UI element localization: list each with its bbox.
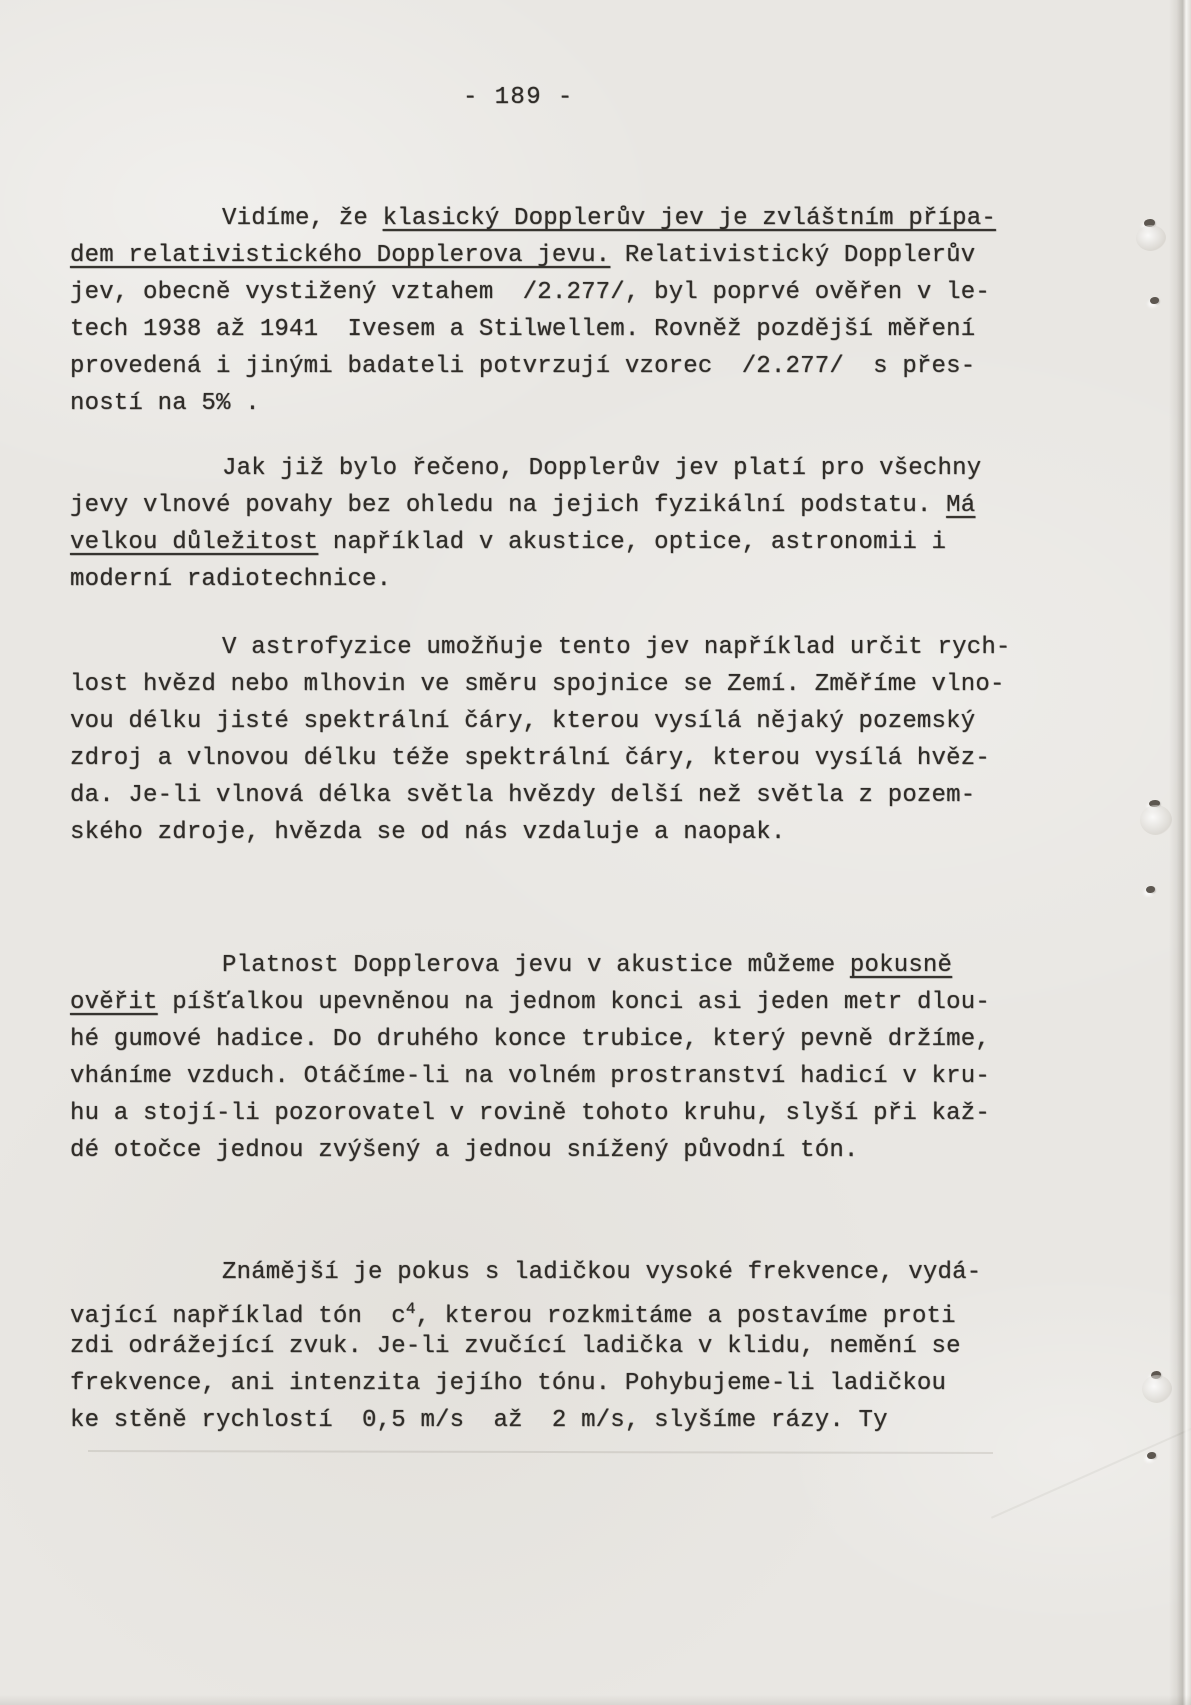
- text-line: zdi odrážející zvuk. Je-li zvučící ladič…: [70, 1328, 1010, 1365]
- text-line: velkou důležitost například v akustice, …: [70, 524, 1010, 561]
- underlined-text: Má: [946, 492, 975, 519]
- text-line: jev, obecně vystižený vztahem /2.277/, b…: [70, 274, 1010, 311]
- text-line: dé otočce jednou zvýšený a jednou snížen…: [70, 1132, 1010, 1169]
- underlined-text: pokusně: [850, 952, 952, 979]
- text-line: ností na 5% .: [70, 385, 1010, 422]
- text-segment: Relativistický Dopplerův: [610, 242, 975, 269]
- text-line: lost hvězd nebo mlhovin ve směru spojnic…: [70, 666, 1010, 703]
- ink-speck: [1147, 1452, 1156, 1459]
- underlined-text: klasický Dopplerův jev je zvláštním příp…: [383, 205, 996, 232]
- text-segment: například v akustice, optice, astronomii…: [318, 529, 946, 556]
- underlined-text: velkou důležitost: [70, 529, 318, 556]
- document-body: Vidíme, že klasický Dopplerův jev je zvl…: [70, 200, 1010, 1439]
- text-segment: ského zdroje, hvězda se od nás vzdaluje …: [70, 819, 786, 846]
- paragraph-1: Vidíme, že klasický Dopplerův jev je zvl…: [70, 200, 1010, 422]
- text-line: zdroj a vlnovou délku téže spektrální čá…: [70, 740, 1010, 777]
- text-segment: píšťalkou upevněnou na jednom konci asi …: [158, 989, 990, 1016]
- text-segment: ke stěně rychlostí 0,5 m/s až 2 m/s, sly…: [70, 1407, 888, 1434]
- text-segment: ností na 5% .: [70, 390, 260, 417]
- text-line: dem relativistického Dopplerova jevu. Re…: [70, 237, 1010, 274]
- text-segment: vající například tón c: [70, 1303, 406, 1330]
- paragraph-3: V astrofyzice umožňuje tento jev napříkl…: [70, 629, 1010, 851]
- text-line: jevy vlnové povahy bez ohledu na jejich …: [70, 487, 1010, 524]
- text-segment: vháníme vzduch. Otáčíme-li na volném pro…: [70, 1063, 990, 1090]
- text-segment: vou délku jisté spektrální čáry, kterou …: [70, 708, 975, 735]
- paper-dent: [1142, 1375, 1172, 1403]
- text-segment: Jak již bylo řečeno, Dopplerův jev platí…: [222, 455, 981, 482]
- text-segment: zdroj a vlnovou délku téže spektrální čá…: [70, 745, 990, 772]
- text-segment: provedená i jinými badateli potvrzují vz…: [70, 353, 975, 380]
- text-line: hu a stojí-li pozorovatel v rovině tohot…: [70, 1095, 1010, 1132]
- text-line: Platnost Dopplerova jevu v akustice může…: [70, 947, 1010, 984]
- page-number: - 189 -: [463, 84, 574, 111]
- right-page-edge: [1169, 0, 1191, 1705]
- text-line: ského zdroje, hvězda se od nás vzdaluje …: [70, 814, 1010, 851]
- text-line: V astrofyzice umožňuje tento jev napříkl…: [70, 629, 1010, 666]
- text-line: ke stěně rychlostí 0,5 m/s až 2 m/s, sly…: [70, 1402, 1010, 1439]
- paragraph-5: Známější je pokus s ladičkou vysoké frek…: [70, 1254, 1010, 1439]
- text-segment: hé gumové hadice. Do druhého konce trubi…: [70, 1026, 990, 1053]
- text-segment: jevy vlnové povahy bez ohledu na jejich …: [70, 492, 946, 519]
- smudge-line: [88, 1450, 993, 1454]
- paper-dent: [1136, 225, 1166, 251]
- text-line: Známější je pokus s ladičkou vysoké frek…: [70, 1254, 1010, 1291]
- text-line: frekvence, ani intenzita jejího tónu. Po…: [70, 1365, 1010, 1402]
- crease-line: [991, 1419, 1191, 1518]
- text-segment: Platnost Dopplerova jevu v akustice může…: [222, 952, 850, 979]
- text-line: Jak již bylo řečeno, Dopplerův jev platí…: [70, 450, 1010, 487]
- paragraph-4: Platnost Dopplerova jevu v akustice může…: [70, 947, 1010, 1169]
- underlined-text: ověřit: [70, 989, 158, 1016]
- text-line: provedená i jinými badateli potvrzují vz…: [70, 348, 1010, 385]
- text-line: ověřit píšťalkou upevněnou na jednom kon…: [70, 984, 1010, 1021]
- text-segment: hu a stojí-li pozorovatel v rovině tohot…: [70, 1100, 990, 1127]
- text-segment: Vidíme, že: [222, 205, 383, 232]
- bottom-page-edge: [0, 1695, 1191, 1705]
- text-line: tech 1938 až 1941 Ivesem a Stilwellem. R…: [70, 311, 1010, 348]
- text-line: vající například tón c4, kterou rozkmitá…: [70, 1291, 1010, 1328]
- text-line: moderní radiotechnice.: [70, 561, 1010, 598]
- text-line: hé gumové hadice. Do druhého konce trubi…: [70, 1021, 1010, 1058]
- text-segment: lost hvězd nebo mlhovin ve směru spojnic…: [70, 671, 1005, 698]
- text-line: da. Je-li vlnová délka světla hvězdy del…: [70, 777, 1010, 814]
- paper-dent: [1140, 805, 1172, 835]
- text-segment: zdi odrážející zvuk. Je-li zvučící ladič…: [70, 1333, 961, 1360]
- text-segment: V astrofyzice umožňuje tento jev napříkl…: [222, 634, 1011, 661]
- text-segment: moderní radiotechnice.: [70, 566, 391, 593]
- underlined-text: dem relativistického Dopplerova jevu.: [70, 242, 610, 269]
- text-segment: , kterou rozkmitáme a postavíme proti: [415, 1303, 955, 1330]
- text-segment: jev, obecně vystižený vztahem /2.277/, b…: [70, 279, 990, 306]
- text-line: vou délku jisté spektrální čáry, kterou …: [70, 703, 1010, 740]
- text-segment: dé otočce jednou zvýšený a jednou snížen…: [70, 1137, 859, 1164]
- text-segment: da. Je-li vlnová délka světla hvězdy del…: [70, 782, 975, 809]
- text-segment: Známější je pokus s ladičkou vysoké frek…: [222, 1259, 981, 1286]
- text-segment: tech 1938 až 1941 Ivesem a Stilwellem. R…: [70, 316, 975, 343]
- text-line: vháníme vzduch. Otáčíme-li na volném pro…: [70, 1058, 1010, 1095]
- text-segment: frekvence, ani intenzita jejího tónu. Po…: [70, 1370, 946, 1397]
- paragraph-2: Jak již bylo řečeno, Dopplerův jev platí…: [70, 450, 1010, 598]
- ink-speck: [1150, 297, 1159, 304]
- ink-speck: [1146, 886, 1155, 893]
- scanned-page: { "page": { "number": "- 189 -" }, "colo…: [0, 0, 1191, 1705]
- text-line: Vidíme, že klasický Dopplerův jev je zvl…: [70, 200, 1010, 237]
